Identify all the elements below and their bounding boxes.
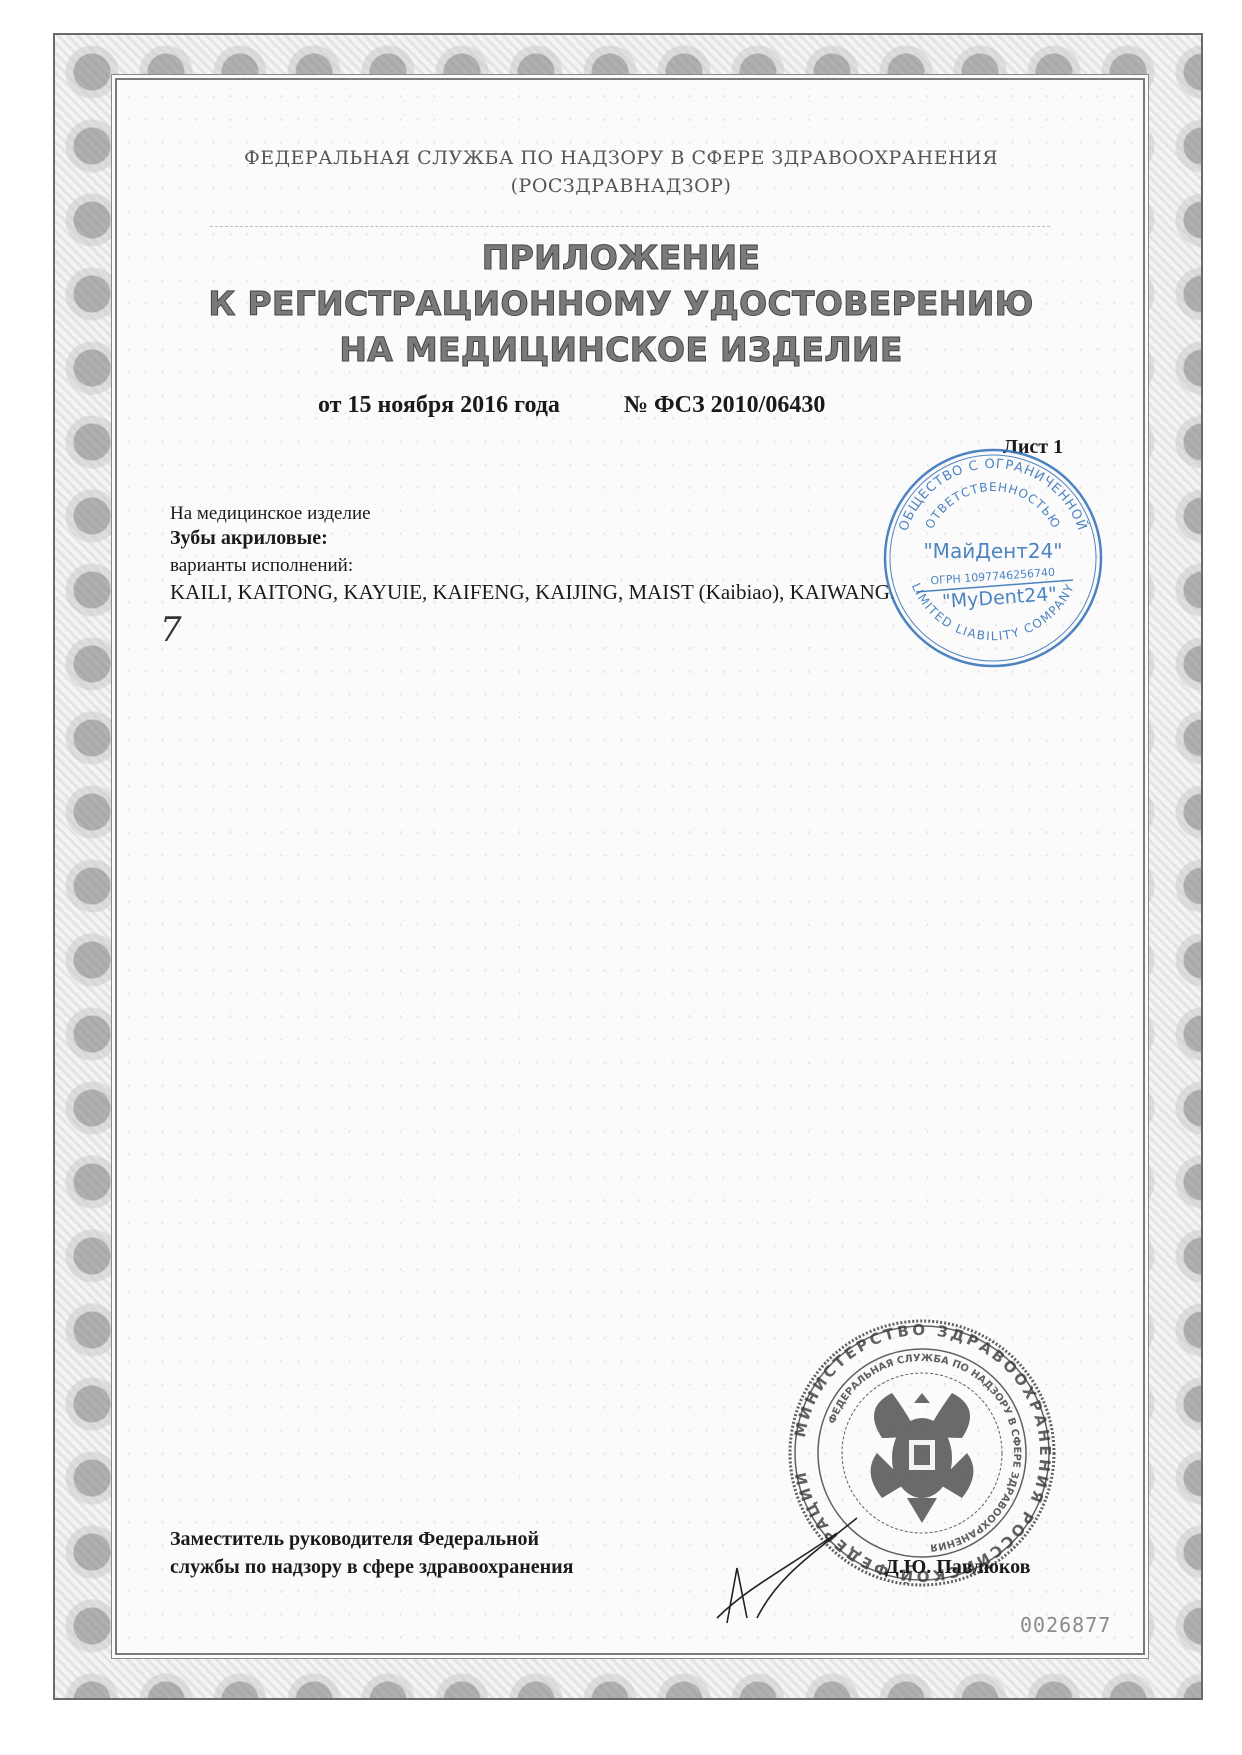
agency-name: ФЕДЕРАЛЬНАЯ СЛУЖБА ПО НАДЗОРУ В СФЕРЕ ЗД… — [0, 147, 1242, 169]
signer-position-line2: службы по надзору в сфере здравоохранени… — [170, 1556, 573, 1579]
product-intro: На медицинское изделие — [170, 503, 371, 525]
official-seal: МИНИСТЕРСТВО ЗДРАВООХРАНЕНИЯ РОССИЙСКОЙ … — [787, 1318, 1057, 1588]
company-stamp-inner-ring: ОТВЕТСТВЕННОСТЬЮ — [922, 480, 1063, 531]
header-divider — [210, 226, 1050, 227]
company-stamp-name-ru: "МайДент24" — [923, 539, 1062, 563]
serial-number: 0026877 — [1020, 1613, 1111, 1637]
document-title-line1: ПРИЛОЖЕНИЕ — [0, 238, 1242, 277]
handwritten-mark: 7 — [160, 610, 182, 650]
document-title-line2: К РЕГИСТРАЦИОННОМУ УДОСТОВЕРЕНИЮ — [0, 284, 1242, 323]
company-stamp: ОБЩЕСТВО С ОГРАНИЧЕННОЙ ОТВЕТСТВЕННОСТЬЮ… — [878, 440, 1108, 670]
registration-date: от 15 ноября 2016 года — [318, 392, 560, 418]
signer-name: Д.Ю. Павлюков — [885, 1556, 1030, 1579]
registration-number: № ФСЗ 2010/06430 — [624, 392, 825, 418]
variants-label: варианты исполнений: — [170, 555, 353, 577]
registration-line: от 15 ноября 2016 года № ФСЗ 2010/06430 — [318, 392, 825, 419]
variants-list: KAILI, KAITONG, KAYUIE, KAIFENG, KAIJING… — [170, 580, 895, 605]
company-stamp-name-en: "MyDent24" — [941, 583, 1057, 613]
document-title-line3: НА МЕДИЦИНСКОЕ ИЗДЕЛИЕ — [0, 330, 1242, 369]
product-name: Зубы акриловые: — [170, 527, 328, 550]
coat-of-arms-icon — [871, 1393, 974, 1523]
agency-abbreviation: (РОСЗДРАВНАДЗОР) — [0, 175, 1242, 197]
signer-position-line1: Заместитель руководителя Федеральной — [170, 1528, 539, 1551]
svg-text:ОТВЕТСТВЕННОСТЬЮ: ОТВЕТСТВЕННОСТЬЮ — [922, 480, 1063, 531]
